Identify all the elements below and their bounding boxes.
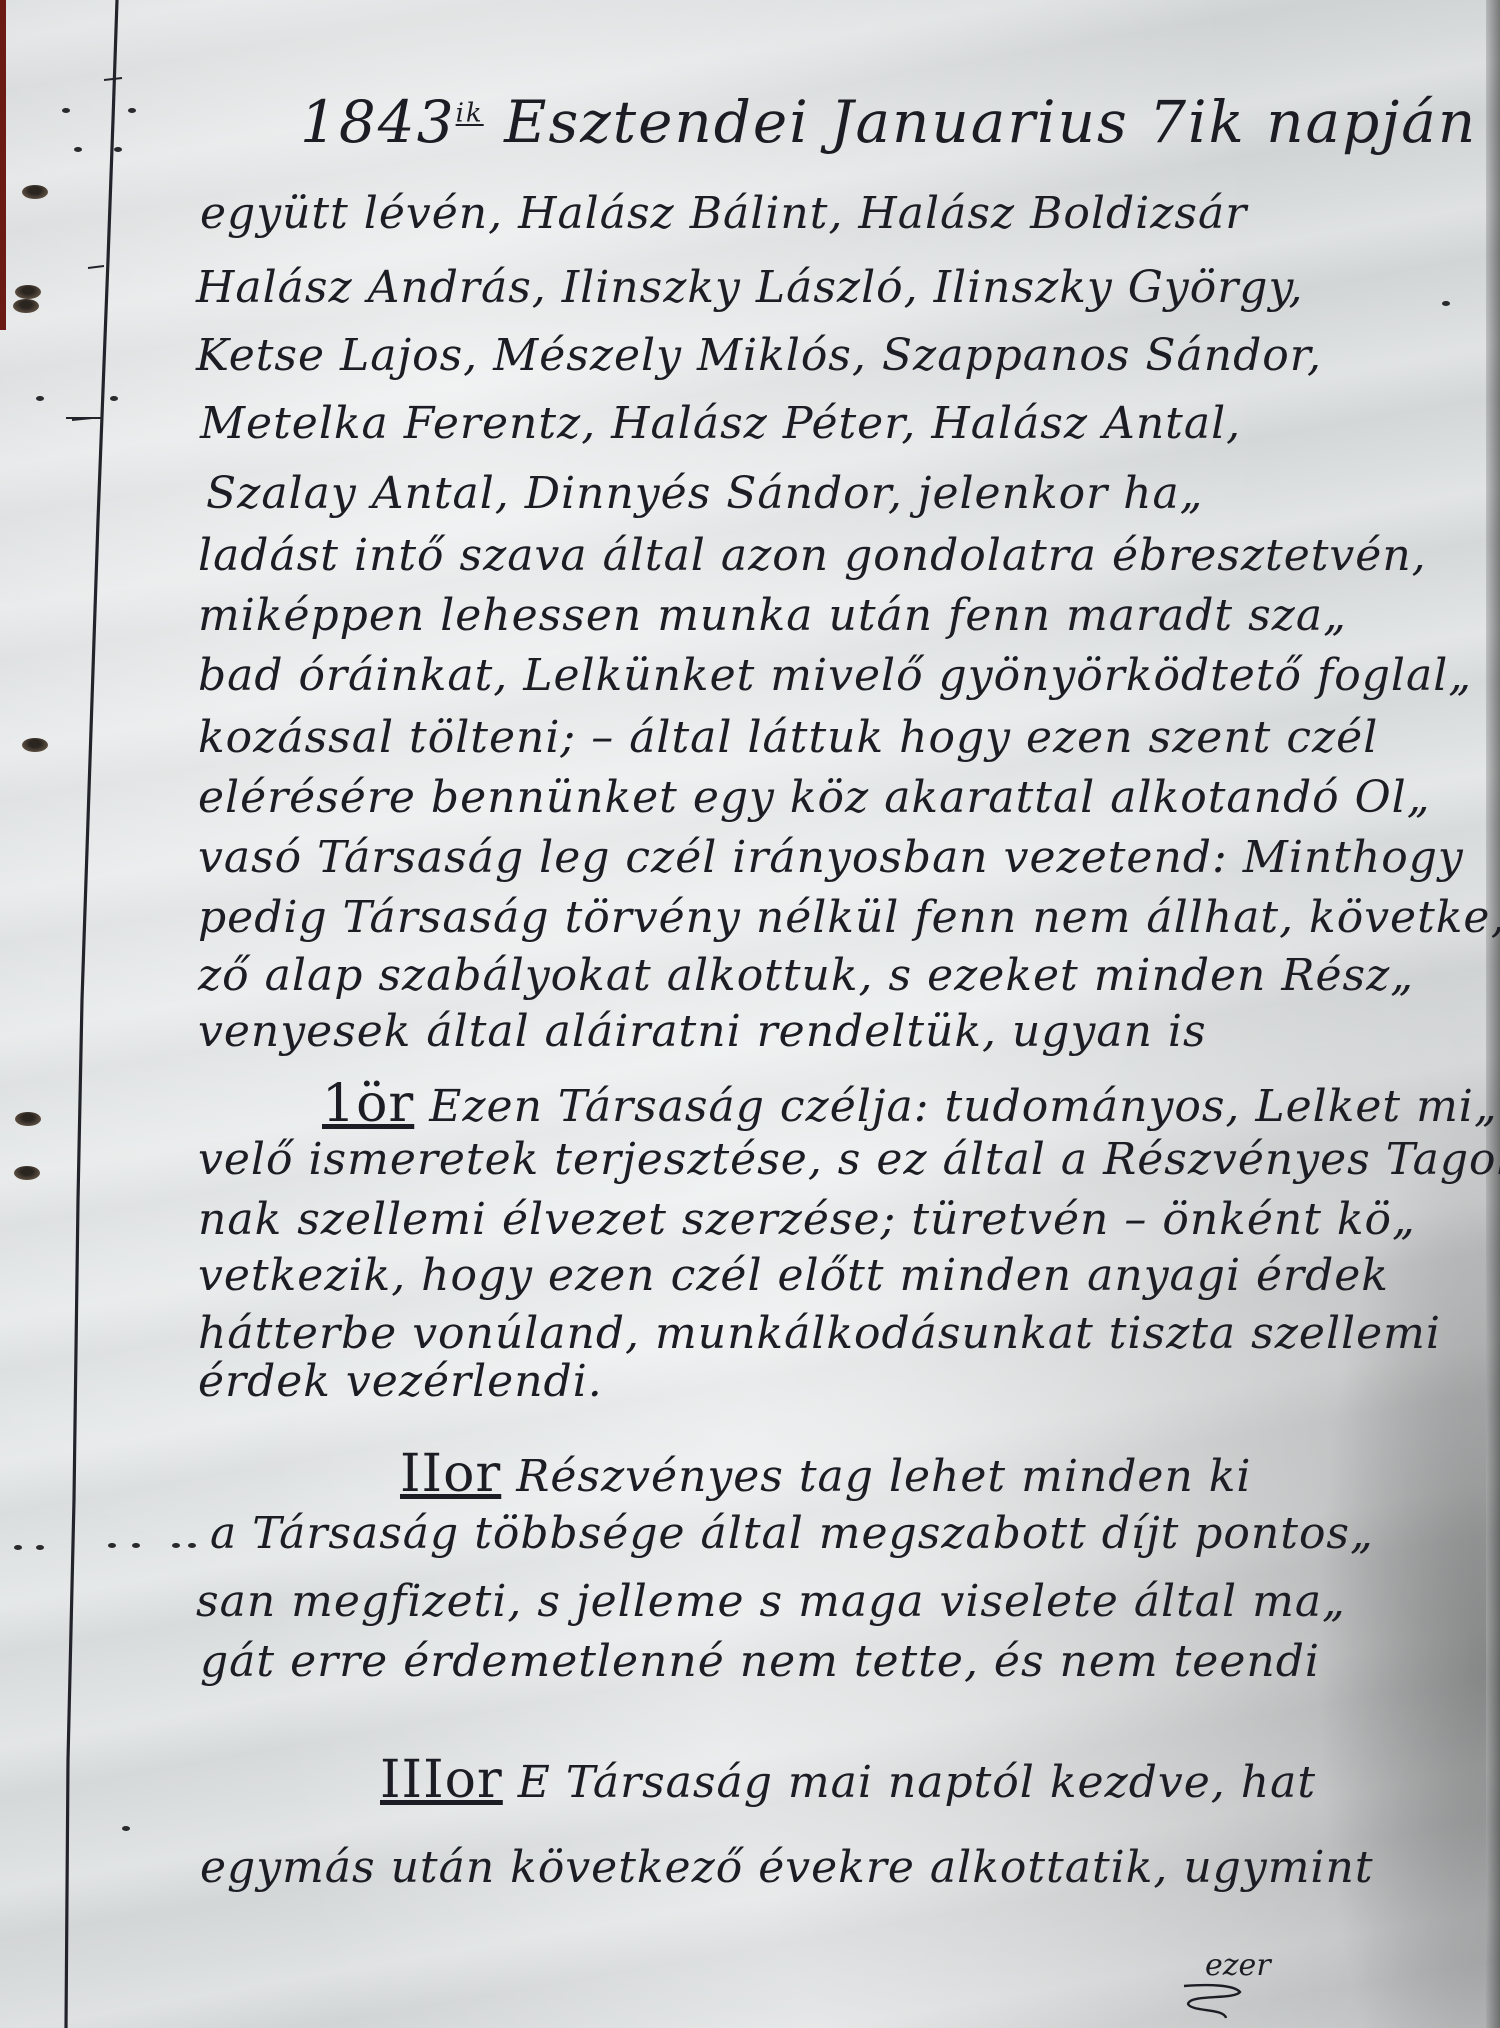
text-line: vetkezik, hogy ezen czél előtt minden an… — [198, 1250, 1389, 1301]
text-line: Ketse Lajos, Mészely Miklós, Szappanos S… — [196, 330, 1322, 381]
text-line: bad óráinkat, Lelkünket mivelő gyönyörkö… — [198, 650, 1472, 701]
text-line: pedig Társaság törvény nélkül fenn nem á… — [198, 892, 1500, 943]
text-line: venyesek által aláiratni rendeltük, ugya… — [198, 1006, 1207, 1057]
text-line: a Társaság többsége által megszabott díj… — [210, 1508, 1374, 1559]
article-text: E Társaság mai naptól kezdve, hat — [518, 1757, 1316, 1808]
article-numeral: IIor — [400, 1444, 501, 1504]
text-line: miképpen lehessen munka után fenn maradt… — [198, 590, 1347, 641]
article-text: Ezen Társaság czélja: tudományos, Lelket… — [429, 1081, 1497, 1132]
text-line: Halász András, Ilinszky László, Ilinszky… — [196, 262, 1303, 313]
text-line: ző alap szabályokat alkottuk, s ezeket m… — [198, 950, 1414, 1001]
article-1-line: 1ör Ezen Társaság czélja: tudományos, Le… — [322, 1074, 1498, 1134]
text-line: elérésére bennünket egy köz akarattal al… — [198, 772, 1431, 823]
text-line: nak szellemi élvezet szerzése; türetvén … — [198, 1194, 1416, 1245]
manuscript-page: 1843ik Esztendei Januarius 7ik napján eg… — [0, 0, 1500, 2028]
text-line: Metelka Ferentz, Halász Péter, Halász An… — [200, 398, 1241, 449]
text-line: kozással tölteni; – által láttuk hogy ez… — [198, 712, 1378, 763]
text-line: vasó Társaság leg czél irányosban vezete… — [198, 832, 1464, 883]
article-text: Részvényes tag lehet minden ki — [516, 1451, 1251, 1502]
text-line: érdek vezérlendi. — [198, 1356, 603, 1407]
article-3-line: IIIor E Társaság mai naptól kezdve, hat — [380, 1750, 1316, 1810]
heading-text: Esztendei Januarius 7ik napján — [504, 88, 1477, 156]
article-numeral: IIIor — [380, 1750, 503, 1810]
manuscript-text: 1843ik Esztendei Januarius 7ik napján eg… — [0, 0, 1500, 2028]
text-line: gát erre érdemetlenné nem tette, és nem … — [200, 1636, 1320, 1687]
text-line: Szalay Antal, Dinnyés Sándor, jelenkor h… — [206, 468, 1203, 519]
text-line: hátterbe vonúland, munkálkodásunkat tisz… — [198, 1308, 1441, 1359]
heading-line: 1843ik Esztendei Januarius 7ik napján — [300, 88, 1477, 156]
year-suffix: ik — [456, 99, 484, 129]
year: 1843 — [300, 88, 456, 156]
text-line: együtt lévén, Halász Bálint, Halász Bold… — [200, 188, 1247, 239]
article-2-line: IIor Részvényes tag lehet minden ki — [400, 1444, 1252, 1504]
text-line: ladást intő szava által azon gondolatra … — [198, 530, 1427, 581]
text-line: velő ismeretek terjesztése, s ez által a… — [198, 1134, 1500, 1185]
text-line: san megfizeti, s jelleme s maga viselete… — [196, 1576, 1346, 1627]
catchword: ezer — [1205, 1948, 1271, 1983]
text-line: egymás után következő évekre alkottatik,… — [200, 1842, 1374, 1893]
article-numeral: 1ör — [322, 1074, 414, 1134]
catchword-flourish-icon — [1180, 1982, 1250, 2022]
